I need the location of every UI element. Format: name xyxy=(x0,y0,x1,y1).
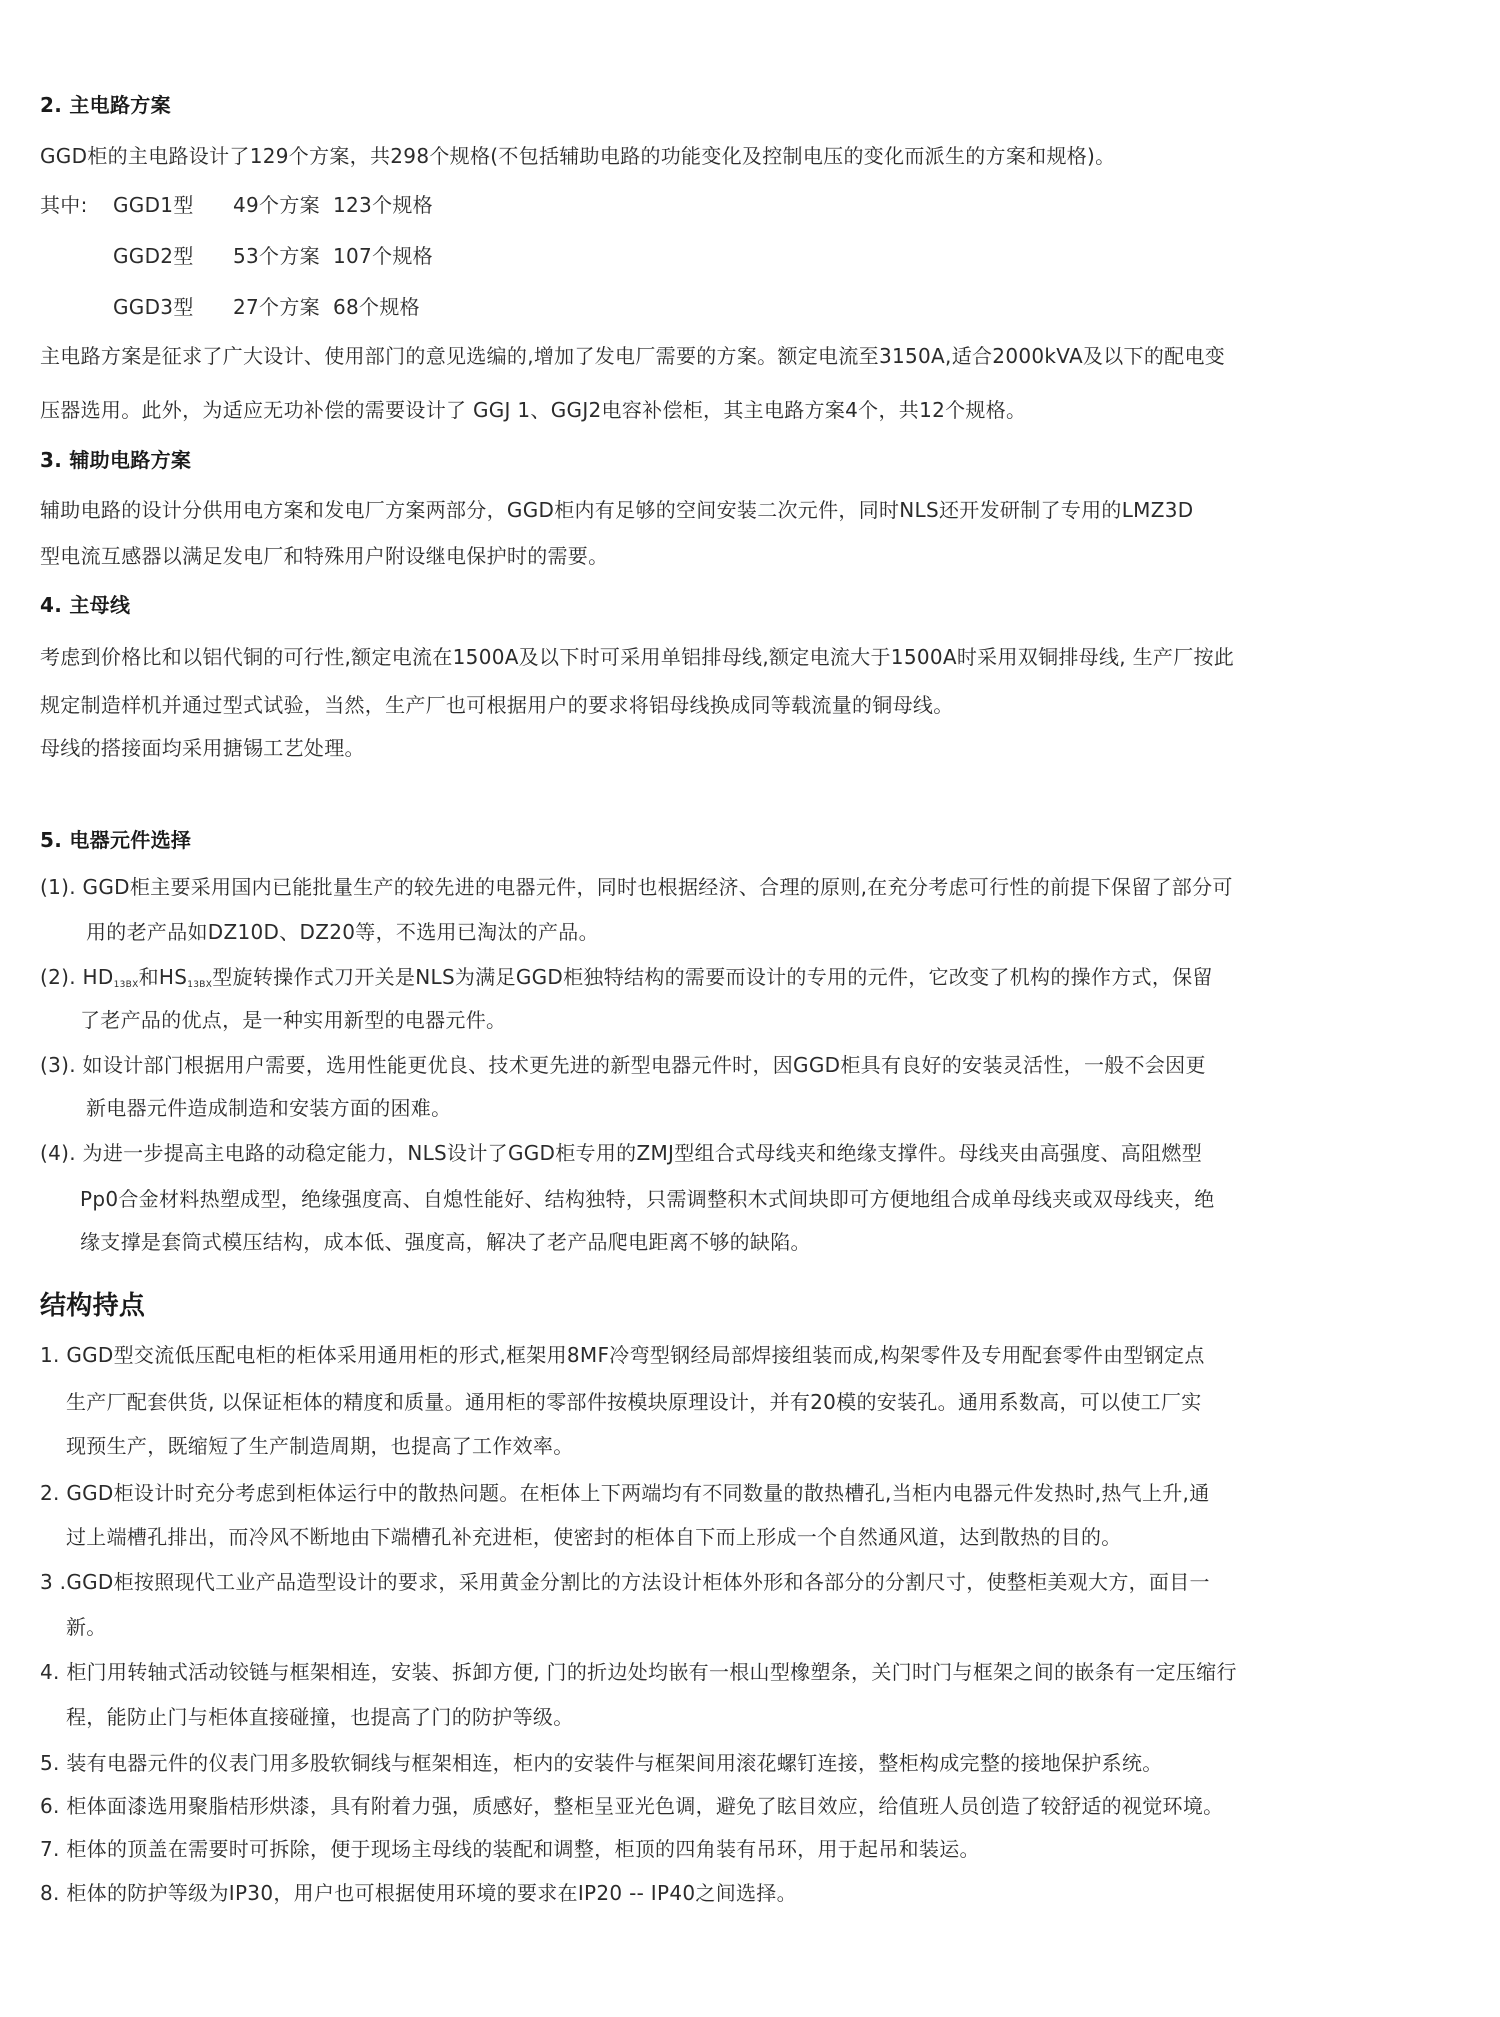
structure-item-5-line: 5. 装有电器元件的仪表门用多股软铜线与框架相连，柜内的安装件与框架间用滚花螺钉… xyxy=(40,1750,1163,1776)
structure-item-7-line: 7. 柜体的顶盖在需要时可拆除，便于现场主母线的装配和调整，柜顶的四角装有吊环，… xyxy=(40,1836,980,1862)
main-bus-line: 规定制造样机并通过型式试验，当然，生产厂也可根据用户的要求将铝母线换成同等载流量… xyxy=(40,692,954,718)
structure-item-8-line: 8. 柜体的防护等级为IP30，用户也可根据使用环境的要求在IP20 -- IP… xyxy=(40,1880,797,1906)
section-heading-main-bus: 4. 主母线 xyxy=(40,592,130,618)
component-item-2-line: 了老产品的优点，是一种实用新型的电器元件。 xyxy=(80,1007,506,1033)
main-circuit-para-line: 主电路方案是征求了广大设计、使用部门的意见选编的,增加了发电厂需要的方案。额定电… xyxy=(40,343,1225,369)
breakdown-schemes: 27个方案 xyxy=(233,294,333,320)
structure-item-4-line: 程，能防止门与柜体直接碰撞，也提高了门的防护等级。 xyxy=(66,1704,574,1730)
breakdown-schemes: 49个方案 xyxy=(233,192,333,218)
breakdown-row-ggd1: 其中:GGD1型49个方案123个规格 xyxy=(40,192,433,218)
breakdown-model: GGD1型 xyxy=(113,192,233,218)
structure-item-6-line: 6. 柜体面漆选用聚脂桔形烘漆，具有附着力强，质感好，整柜呈亚光色调，避免了眩目… xyxy=(40,1793,1223,1819)
structure-item-3-line: 3 .GGD柜按照现代工业产品造型设计的要求，采用黄金分割比的方法设计柜体外形和… xyxy=(40,1569,1210,1595)
breakdown-row-ggd2: GGD2型53个方案107个规格 xyxy=(113,243,433,269)
subscript-13bx: 13BX xyxy=(114,980,139,990)
breakdown-schemes: 53个方案 xyxy=(233,243,333,269)
subscript-13bx: 13BX xyxy=(187,980,212,990)
structure-item-4-line: 4. 柜门用转轴式活动铰链与框架相连，安装、拆卸方便, 门的折边处均嵌有一根山型… xyxy=(40,1659,1237,1685)
breakdown-specs: 68个规格 xyxy=(333,294,420,320)
main-bus-line: 考虑到价格比和以铝代铜的可行性,额定电流在1500A及以下时可采用单铝排母线,额… xyxy=(40,644,1234,670)
component-item-2-rest: 型旋转操作式刀开关是NLS为满足GGD柜独特结构的需要而设计的专用的元件，它改变… xyxy=(212,965,1213,989)
section-heading-aux-circuit: 3. 辅助电路方案 xyxy=(40,447,191,473)
component-item-1-line: (1). GGD柜主要采用国内已能批量生产的较先进的电器元件，同时也根据经济、合… xyxy=(40,874,1233,900)
main-circuit-para-line: 压器选用。此外，为适应无功补偿的需要设计了 GGJ 1、GGJ2电容补偿柜，其主… xyxy=(40,397,1026,423)
section-heading-components: 5. 电器元件选择 xyxy=(40,827,191,853)
component-item-3-line: 新电器元件造成制造和安装方面的困难。 xyxy=(86,1095,451,1121)
component-item-4-line: 缘支撑是套筒式模压结构，成本低、强度高，解决了老产品爬电距离不够的缺陷。 xyxy=(80,1229,811,1255)
structure-item-2-line: 过上端槽孔排出，而冷风不断地由下端槽孔补充进柜，使密封的柜体自下而上形成一个自然… xyxy=(66,1524,1122,1550)
component-item-4-line: Pp0合金材料热塑成型，绝缘强度高、自熄性能好、结构独特，只需调整积木式间块即可… xyxy=(80,1186,1215,1212)
main-circuit-intro: GGD柜的主电路设计了129个方案，共298个规格(不包括辅助电路的功能变化及控… xyxy=(40,143,1115,169)
breakdown-row-ggd3: GGD3型27个方案68个规格 xyxy=(113,294,420,320)
structure-item-1-line: 生产厂配套供货, 以保证柜体的精度和质量。通用柜的零部件按模块原理设计，并有20… xyxy=(66,1389,1202,1415)
component-item-1-line: 用的老产品如DZ10D、DZ20等，不选用已淘汰的产品。 xyxy=(86,919,599,945)
breakdown-model: GGD2型 xyxy=(113,243,233,269)
breakdown-model: GGD3型 xyxy=(113,294,233,320)
section-heading-structure: 结构持点 xyxy=(40,1290,145,1322)
structure-item-2-line: 2. GGD柜设计时充分考虑到柜体运行中的散热问题。在柜体上下两端均有不同数量的… xyxy=(40,1480,1210,1506)
breakdown-specs: 123个规格 xyxy=(333,192,433,218)
component-item-2-mid: 和HS xyxy=(139,965,188,989)
component-item-3-line: (3). 如设计部门根据用户需要，选用性能更优良、技术更先进的新型电器元件时，因… xyxy=(40,1052,1206,1078)
component-item-2-line: (2). HD13BX和HS13BX型旋转操作式刀开关是NLS为满足GGD柜独特… xyxy=(40,964,1213,998)
section-heading-main-circuit: 2. 主电路方案 xyxy=(40,92,171,118)
structure-item-1-line: 1. GGD型交流低压配电柜的柜体采用通用柜的形式,框架用8MF冷弯型钢经局部焊… xyxy=(40,1342,1205,1368)
main-bus-line: 母线的搭接面均采用搪锡工艺处理。 xyxy=(40,735,365,761)
aux-circuit-line: 型电流互感器以满足发电厂和特殊用户附设继电保护时的需要。 xyxy=(40,543,608,569)
structure-item-1-line: 现预生产，既缩短了生产制造周期，也提高了工作效率。 xyxy=(66,1433,574,1459)
component-item-2-prefix: (2). HD xyxy=(40,965,114,989)
breakdown-specs: 107个规格 xyxy=(333,243,433,269)
structure-item-3-line: 新。 xyxy=(66,1614,107,1640)
component-item-4-line: (4). 为进一步提高主电路的动稳定能力，NLS设计了GGD柜专用的ZMJ型组合… xyxy=(40,1140,1202,1166)
aux-circuit-line: 辅助电路的设计分供用电方案和发电厂方案两部分，GGD柜内有足够的空间安装二次元件… xyxy=(40,497,1193,523)
breakdown-label: 其中: xyxy=(40,192,113,218)
